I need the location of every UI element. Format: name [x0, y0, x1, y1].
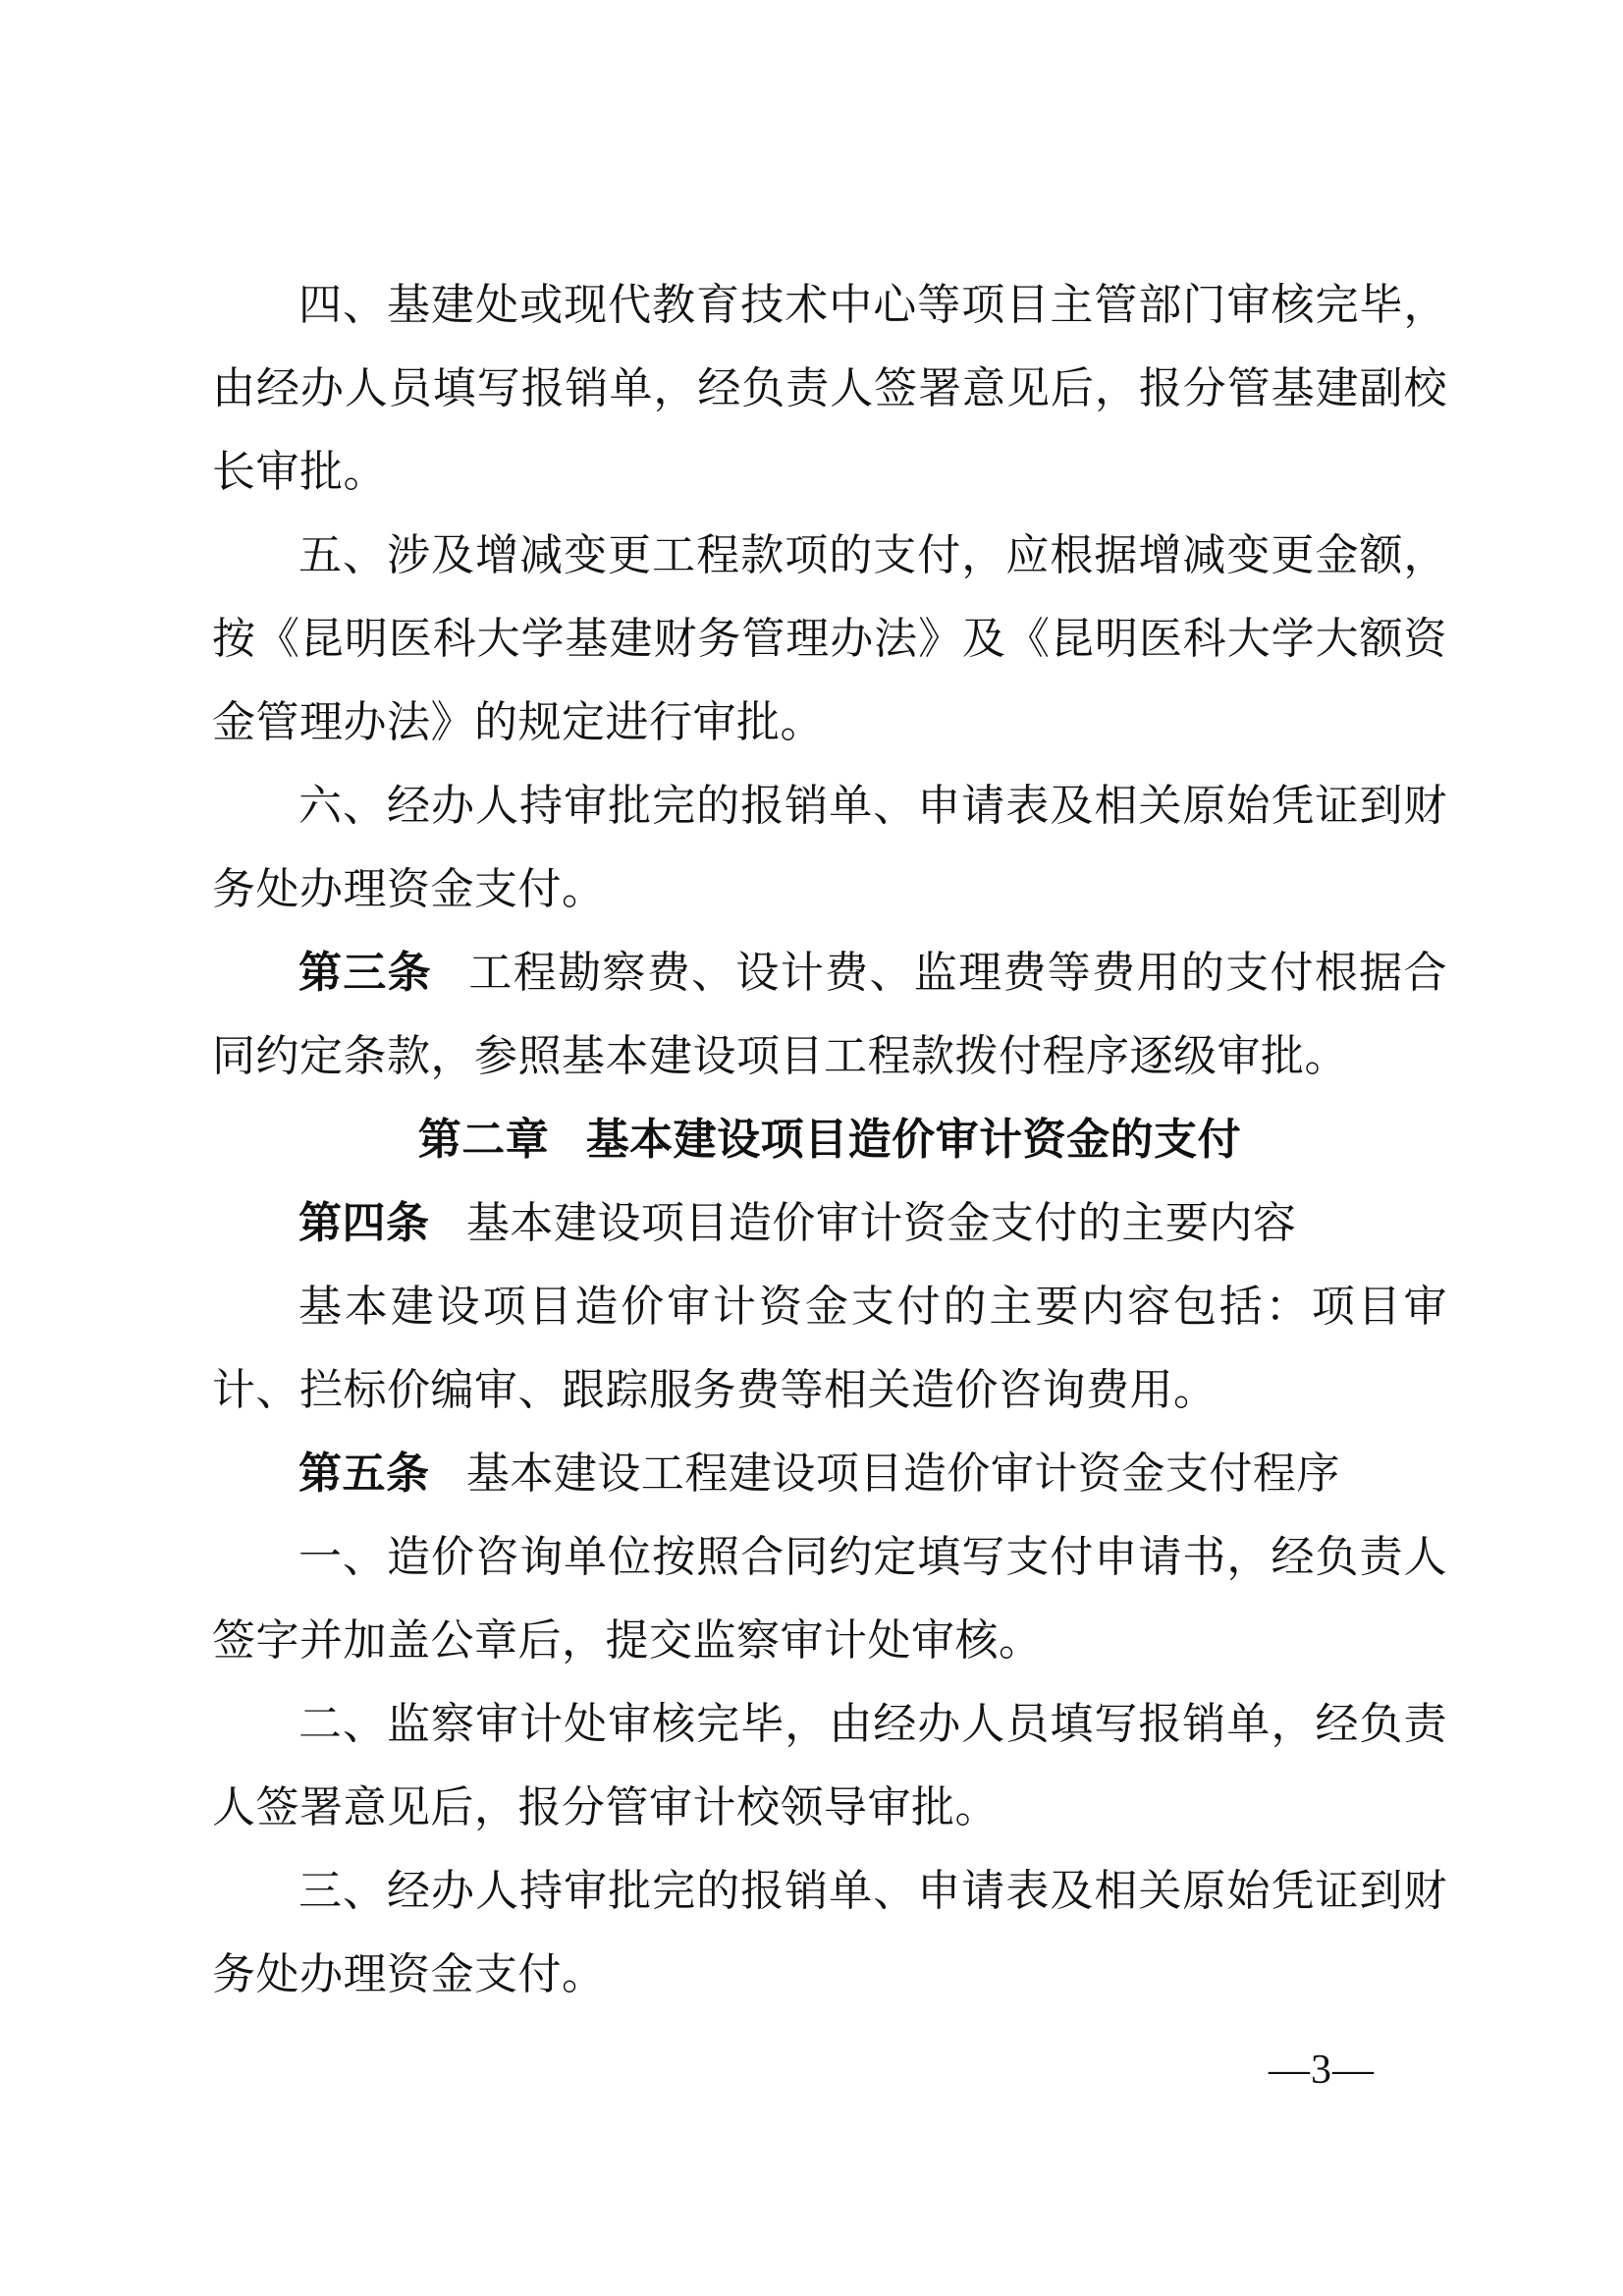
clause-label: 第三条	[298, 949, 432, 997]
paragraph-text: 基本建设工程建设项目造价审计资金支付程序	[466, 1449, 1340, 1498]
clause-label: 第二章	[418, 1116, 550, 1164]
page-number: —3—	[1269, 2045, 1375, 2096]
paragraph: 第五条基本建设工程建设项目造价审计资金支付程序	[212, 1432, 1447, 1515]
paragraph: 第四条基本建设项目造价审计资金支付的主要内容	[212, 1181, 1447, 1265]
paragraph-text: 基本建设项目造价审计资金支付的主要内容	[466, 1199, 1297, 1247]
paragraph: 二、监察审计处审核完毕，由经办人员填写报销单，经负责人签署意见后，报分管审计校领…	[212, 1682, 1447, 1849]
paragraph: 六、经办人持审批完的报销单、申请表及相关原始凭证到财务处办理资金支付。	[212, 764, 1447, 931]
paragraph-text: 基本建设项目造价审计资金的支付	[586, 1116, 1242, 1164]
paragraph: 四、基建处或现代教育技术中心等项目主管部门审核完毕，由经办人员填写报销单，经负责…	[212, 263, 1447, 514]
clause-label: 第五条	[298, 1449, 430, 1498]
paragraph: 第三条工程勘察费、设计费、监理费等费用的支付根据合同约定条款，参照基本建设项目工…	[212, 931, 1447, 1098]
document-body: 四、基建处或现代教育技术中心等项目主管部门审核完毕，由经办人员填写报销单，经负责…	[212, 263, 1447, 2016]
chapter-heading: 第二章基本建设项目造价审计资金的支付	[212, 1098, 1447, 1181]
paragraph: 三、经办人持审批完的报销单、申请表及相关原始凭证到财务处办理资金支付。	[212, 1849, 1447, 2016]
clause-label: 第四条	[298, 1199, 430, 1247]
paragraph: 基本建设项目造价审计资金支付的主要内容包括：项目审计、拦标价编审、跟踪服务费等相…	[212, 1265, 1447, 1432]
document-page: 四、基建处或现代教育技术中心等项目主管部门审核完毕，由经办人员填写报销单，经负责…	[0, 0, 1623, 2296]
paragraph: 一、造价咨询单位按照合同约定填写支付申请书，经负责人签字并加盖公章后，提交监察审…	[212, 1515, 1447, 1682]
paragraph: 五、涉及增减变更工程款项的支付，应根据增减变更金额，按《昆明医科大学基建财务管理…	[212, 514, 1447, 764]
